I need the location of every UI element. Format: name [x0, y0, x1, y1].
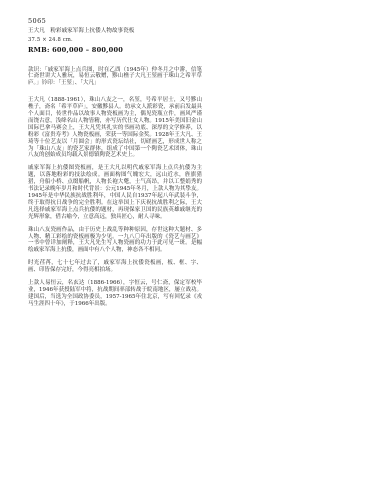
- catalog-page: 5065 王大凡 粉彩戚家军海上抗倭人物故事瓷板 37.5 × 24.8 cm.…: [0, 0, 373, 480]
- text-column: 5065 王大凡 粉彩戚家军海上抗倭人物故事瓷板 37.5 × 24.8 cm.…: [28, 18, 202, 308]
- paragraph-condition-note: 时光荏苒，七十七年过去了，戚家军海上抗倭瓷板画，板、框、字、画、印皆保存完好，今…: [28, 260, 202, 274]
- lot-title: 王大凡 粉彩戚家军海上抗倭人物故事瓷板: [28, 28, 202, 35]
- lot-dimensions: 37.5 × 24.8 cm.: [28, 37, 202, 43]
- lot-estimate: RMB: 600,000 – 800,000: [28, 46, 202, 54]
- paragraph-artist-biography: 王大凡（1888-1961），珠山八友之一，名堃，号希平居士，又号黟山樵子，斋名…: [28, 97, 202, 159]
- lot-number: 5065: [28, 18, 202, 25]
- paragraph-rarity-note: 珠山八友瓷画作品，由于历史上战乱等种种原因，存世这种大题材、多人物、精工彩绘的瓷…: [28, 227, 202, 255]
- paragraph-artwork-description: 戚家军海上抗倭图瓷板画，是王大凡以明代戚家军海上点兵抗倭为主题，以落地粉彩的技法…: [28, 165, 202, 220]
- paragraph-inscription: 款识：「戚家军海上点兵图，时在乙酉（1945年）仲冬月之中澣，信笔仁斋世讲大人雅…: [28, 67, 202, 88]
- paragraph-dedicatee-biography: 上款人易恒云，名玄达（1886-1966），字恒云，号仁斋，保定军校毕业，194…: [28, 280, 202, 308]
